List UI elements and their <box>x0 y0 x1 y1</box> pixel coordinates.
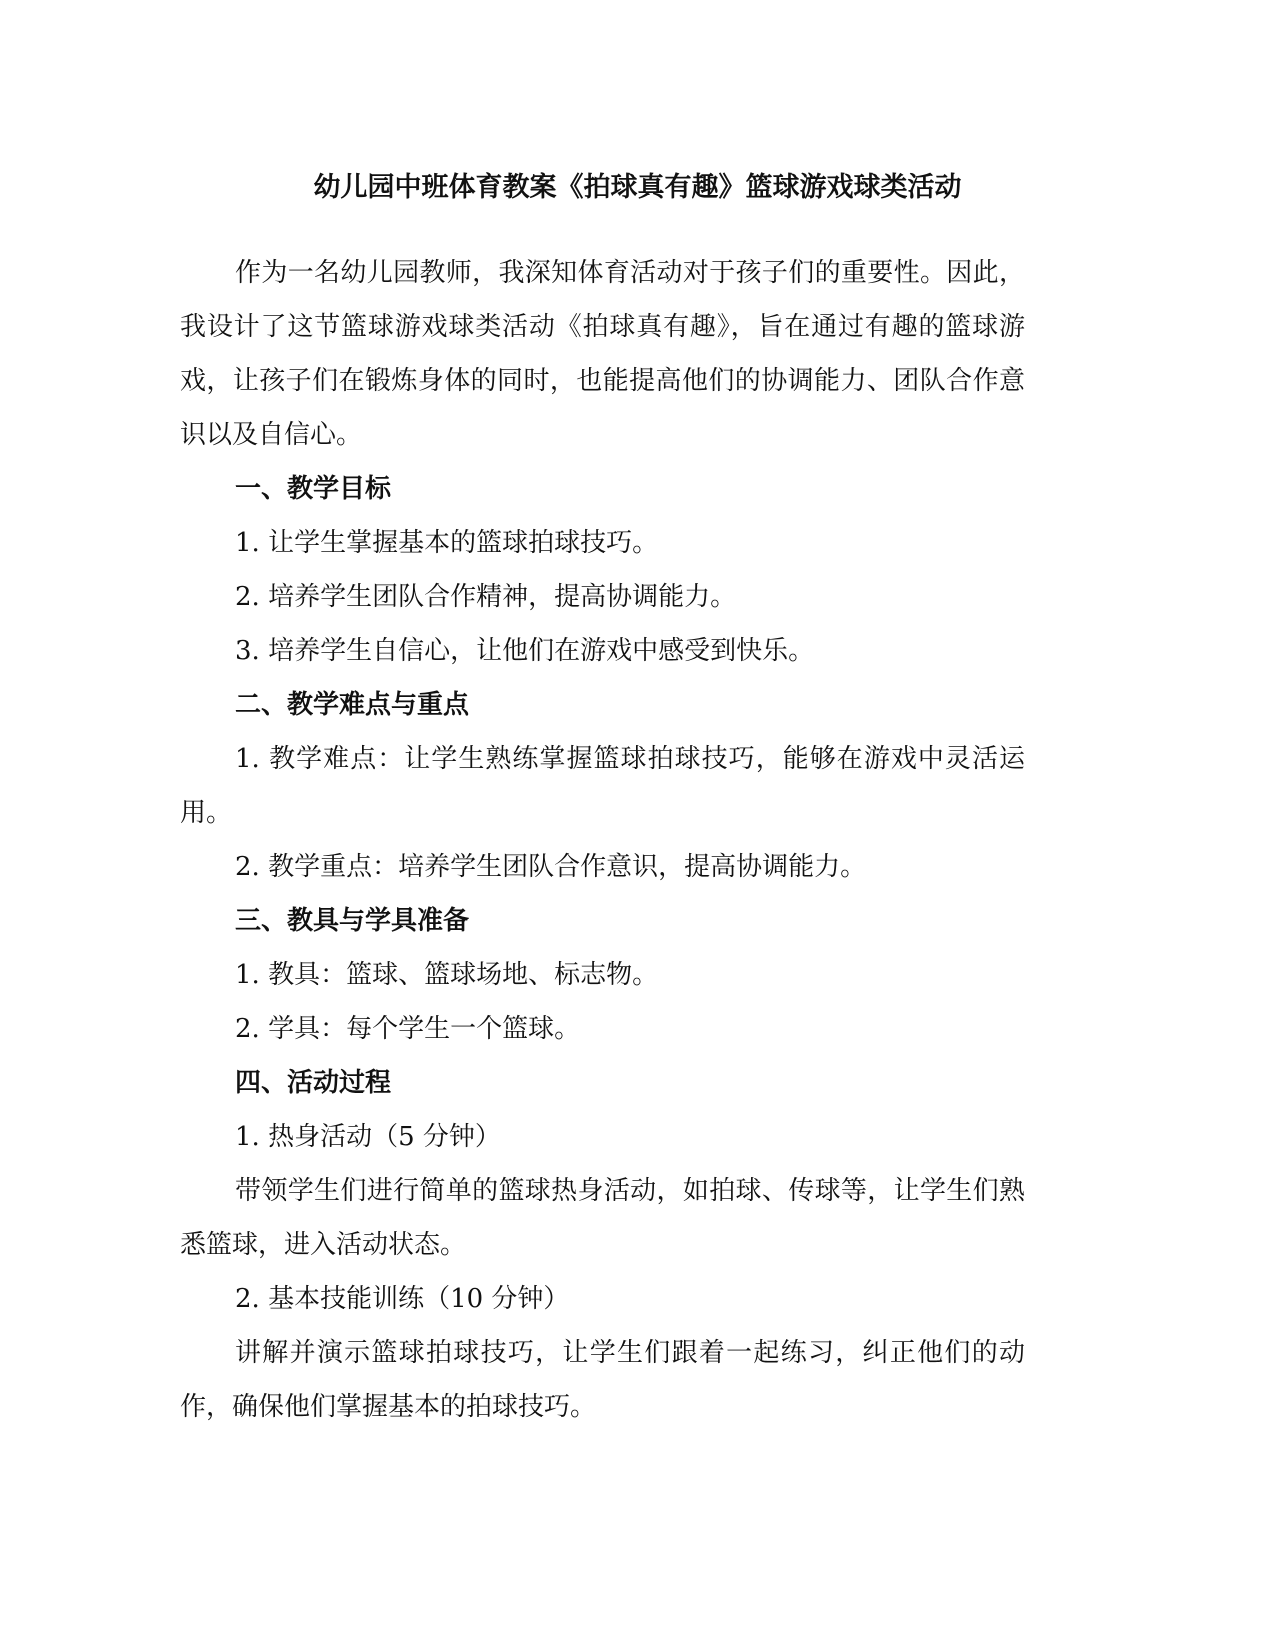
list-item: 1. 教具：篮球、篮球场地、标志物。 <box>180 948 1025 1002</box>
section-heading-difficulties: 二、教学难点与重点 <box>180 678 1025 732</box>
list-item: 2. 学具：每个学生一个篮球。 <box>180 1002 1025 1056</box>
step-description: 带领学生们进行简单的篮球热身活动，如拍球、传球等，让学生们熟悉篮球，进入活动状态… <box>180 1164 1025 1272</box>
section-heading-materials: 三、教具与学具准备 <box>180 894 1025 948</box>
step-description: 讲解并演示篮球拍球技巧，让学生们跟着一起练习，纠正他们的动作，确保他们掌握基本的… <box>180 1326 1025 1434</box>
list-item: 3. 培养学生自信心，让他们在游戏中感受到快乐。 <box>180 624 1025 678</box>
section-heading-objectives: 一、教学目标 <box>180 462 1025 516</box>
list-item: 1. 让学生掌握基本的篮球拍球技巧。 <box>180 516 1025 570</box>
section-heading-process: 四、活动过程 <box>180 1056 1025 1110</box>
list-item: 2. 教学重点：培养学生团队合作意识，提高协调能力。 <box>180 840 1025 894</box>
step-heading: 2. 基本技能训练（10 分钟） <box>180 1272 1025 1326</box>
intro-paragraph: 作为一名幼儿园教师，我深知体育活动对于孩子们的重要性。因此，我设计了这节篮球游戏… <box>180 246 1025 462</box>
document-title: 幼儿园中班体育教案《拍球真有趣》篮球游戏球类活动 <box>0 166 1275 210</box>
list-item: 2. 培养学生团队合作精神，提高协调能力。 <box>180 570 1025 624</box>
step-heading: 1. 热身活动（5 分钟） <box>180 1110 1025 1164</box>
list-item: 1. 教学难点：让学生熟练掌握篮球拍球技巧，能够在游戏中灵活运用。 <box>180 732 1025 840</box>
document-page: 幼儿园中班体育教案《拍球真有趣》篮球游戏球类活动 作为一名幼儿园教师，我深知体育… <box>0 0 1275 1650</box>
document-body: 作为一名幼儿园教师，我深知体育活动对于孩子们的重要性。因此，我设计了这节篮球游戏… <box>180 246 1025 1434</box>
